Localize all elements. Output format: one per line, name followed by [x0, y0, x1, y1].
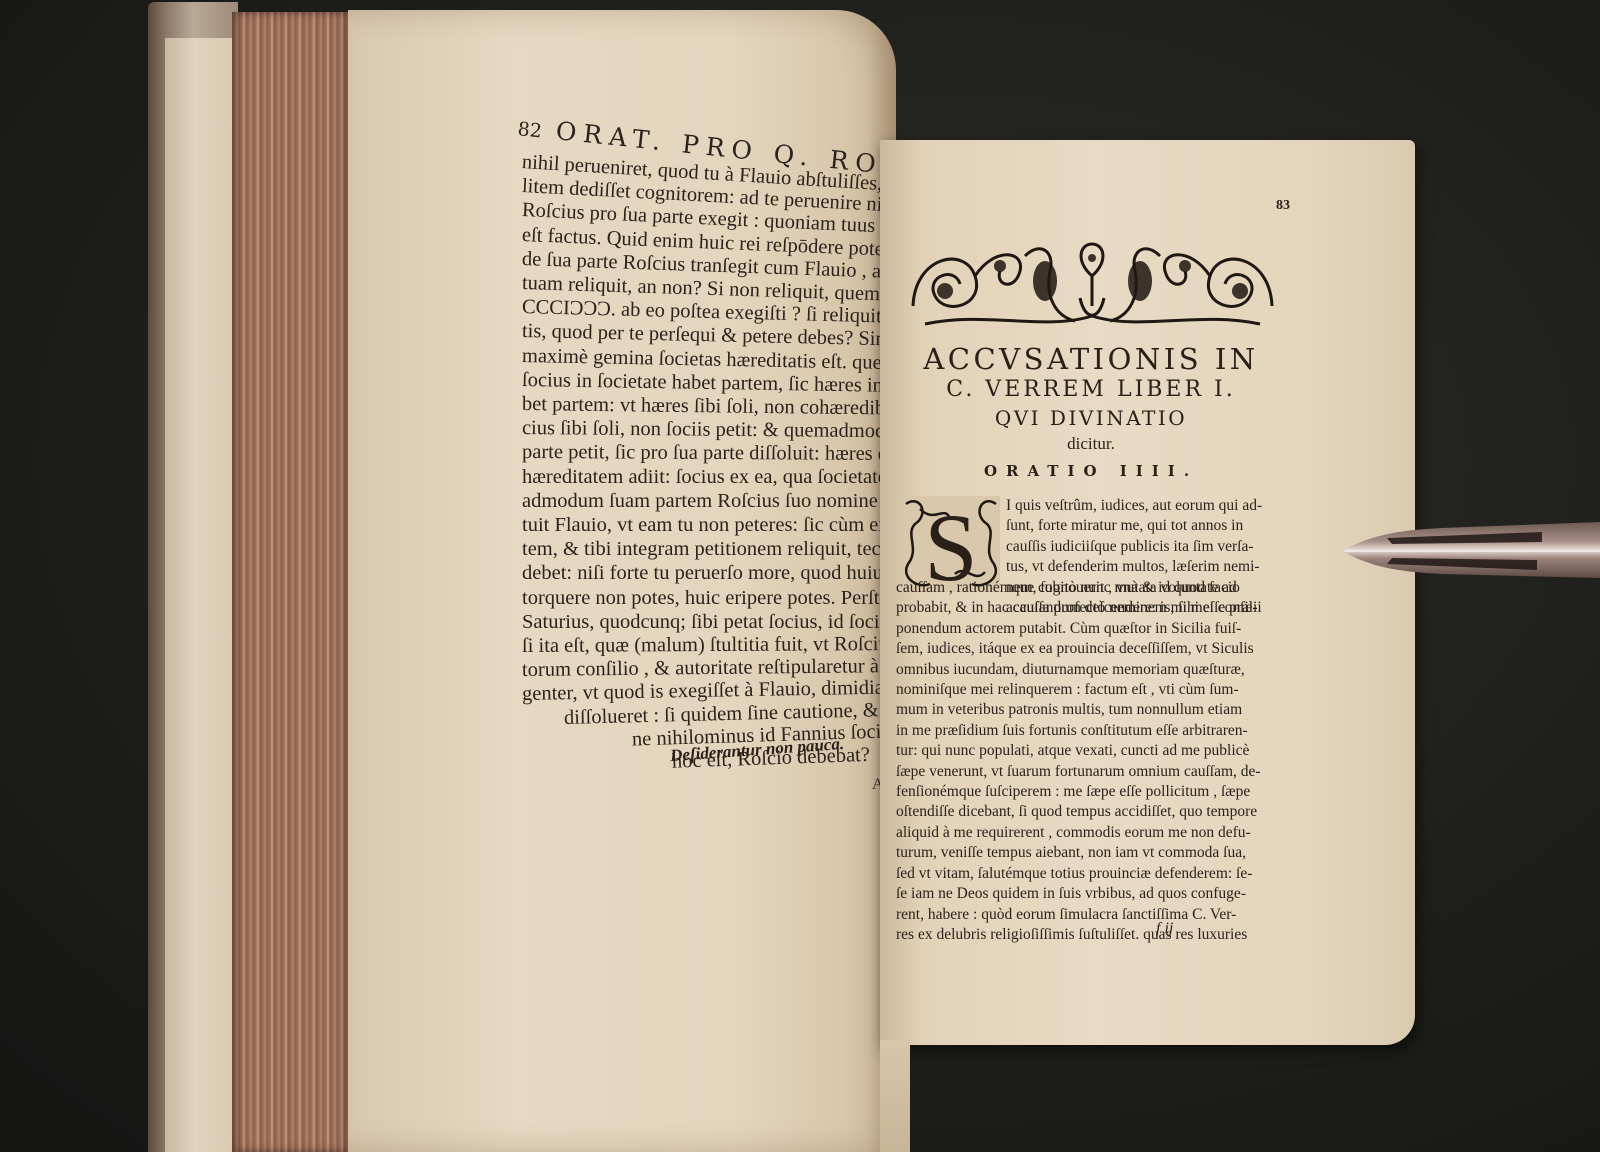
text-line: res ex delubris religioſiſſimis ſuſtuliſ…	[896, 925, 1288, 945]
text-line: ſunt, forte miratur me, qui tot annos in	[1006, 516, 1288, 536]
signature-mark: f ij	[1156, 920, 1173, 938]
ornamental-headpiece-icon	[905, 236, 1280, 332]
text-line: oſtendiſſe dicebant, ſi quod tempus acci…	[896, 802, 1288, 822]
text-line: mum in veteribus patronis multis, tum no…	[896, 700, 1288, 720]
text-line: tem, & tibi integram petitionem reliquit…	[522, 537, 902, 561]
chapter-title: ACCVSATIONIS IN C. VERREM LIBER I. QVI D…	[896, 342, 1286, 456]
flyleaf	[165, 38, 240, 1152]
text-line: torquere non potes, huic eripere potes. …	[522, 586, 902, 610]
oration-label: ORATIO IIII.	[896, 462, 1286, 480]
text-line: I quis veſtrûm, iudices, aut eorum qui a…	[1006, 496, 1288, 516]
text-line: tuit Flauio, vt eam tu non peteres: ſic …	[522, 513, 902, 537]
page-curl	[880, 1040, 910, 1152]
text-line: rent, habere : quòd eorum ſimulacra ſanc…	[896, 905, 1288, 925]
text-line: ſæpe venerunt, vt ſuarum fortunarum omni…	[896, 762, 1288, 782]
text-line: turum, veniſſe tempus aiebant, non iam v…	[896, 843, 1288, 863]
text-line: ſed vt vitam, ſalutémque totius prouinci…	[896, 864, 1288, 884]
text-line: ſem, iudices, itáque ex ea prouincia dec…	[896, 639, 1288, 659]
metal-pointer-icon	[1342, 520, 1600, 582]
text-line: omnibus iucundam, diuturnamque memoriam …	[896, 660, 1288, 680]
text-line: ſe iam ne Deos quidem in ſuis vrbibus, a…	[896, 884, 1288, 904]
text-line: cauſſis iudiciiſque publicis ita ſim ver…	[1006, 537, 1288, 557]
text-line: admodum ſuam partem Roſcius ſuo nomine c…	[522, 489, 902, 513]
page-number-right: 83	[1276, 198, 1290, 214]
text-line: hæreditatem adiit: ſocius ex ea, qua ſoc…	[522, 465, 902, 489]
left-page-text: nihil perueniret, quod tu à Flauio abſtu…	[522, 150, 902, 779]
text-line: nominiſque mei relinquerem : factum eſt …	[896, 680, 1288, 700]
page-edges	[232, 12, 350, 1152]
text-line: debet: niſi forte tu peruerſo more, quod…	[522, 561, 902, 585]
text-line: in me præſidium ſuis fortunis conſtitutu…	[896, 721, 1288, 741]
text-line: tur: qui nunc populati, atque vexati, cu…	[896, 741, 1288, 761]
title-line-3: QVI DIVINATIO	[896, 404, 1286, 432]
text-line: fenſionémque ſuſciperem : me ſæpe eſſe p…	[896, 782, 1288, 802]
title-line-2: C. VERREM LIBER I.	[896, 376, 1286, 404]
page-number-left: 82	[517, 118, 543, 142]
text-line: tus, vt defenderim multos, læſerim nemi-	[1006, 557, 1288, 577]
text-line: probabit, & in hac cauſſa profectò nemin…	[896, 598, 1288, 618]
right-page-body: cauſſam , rationémque cognouerit , vnà &…	[896, 578, 1288, 945]
title-line-4: dicitur.	[896, 432, 1286, 456]
text-line: Saturius, quodcunq; ſibi petat ſocius, i…	[522, 610, 902, 634]
text-line: ponendum actorem putabit. Cùm quæſtor in…	[896, 619, 1288, 639]
text-line: cauſſam , rationémque cognouerit , vnà &…	[896, 578, 1288, 598]
book-photo: 82ORAT. PRO Q. ROSC. COM nihil peruenire…	[0, 0, 1600, 1152]
text-line: aliquid à me requirerent , commodis eoru…	[896, 823, 1288, 843]
text-line: parte petit, ſic pro ſua parte diſſoluit…	[522, 440, 902, 466]
title-line-1: ACCVSATIONIS IN	[896, 342, 1286, 376]
